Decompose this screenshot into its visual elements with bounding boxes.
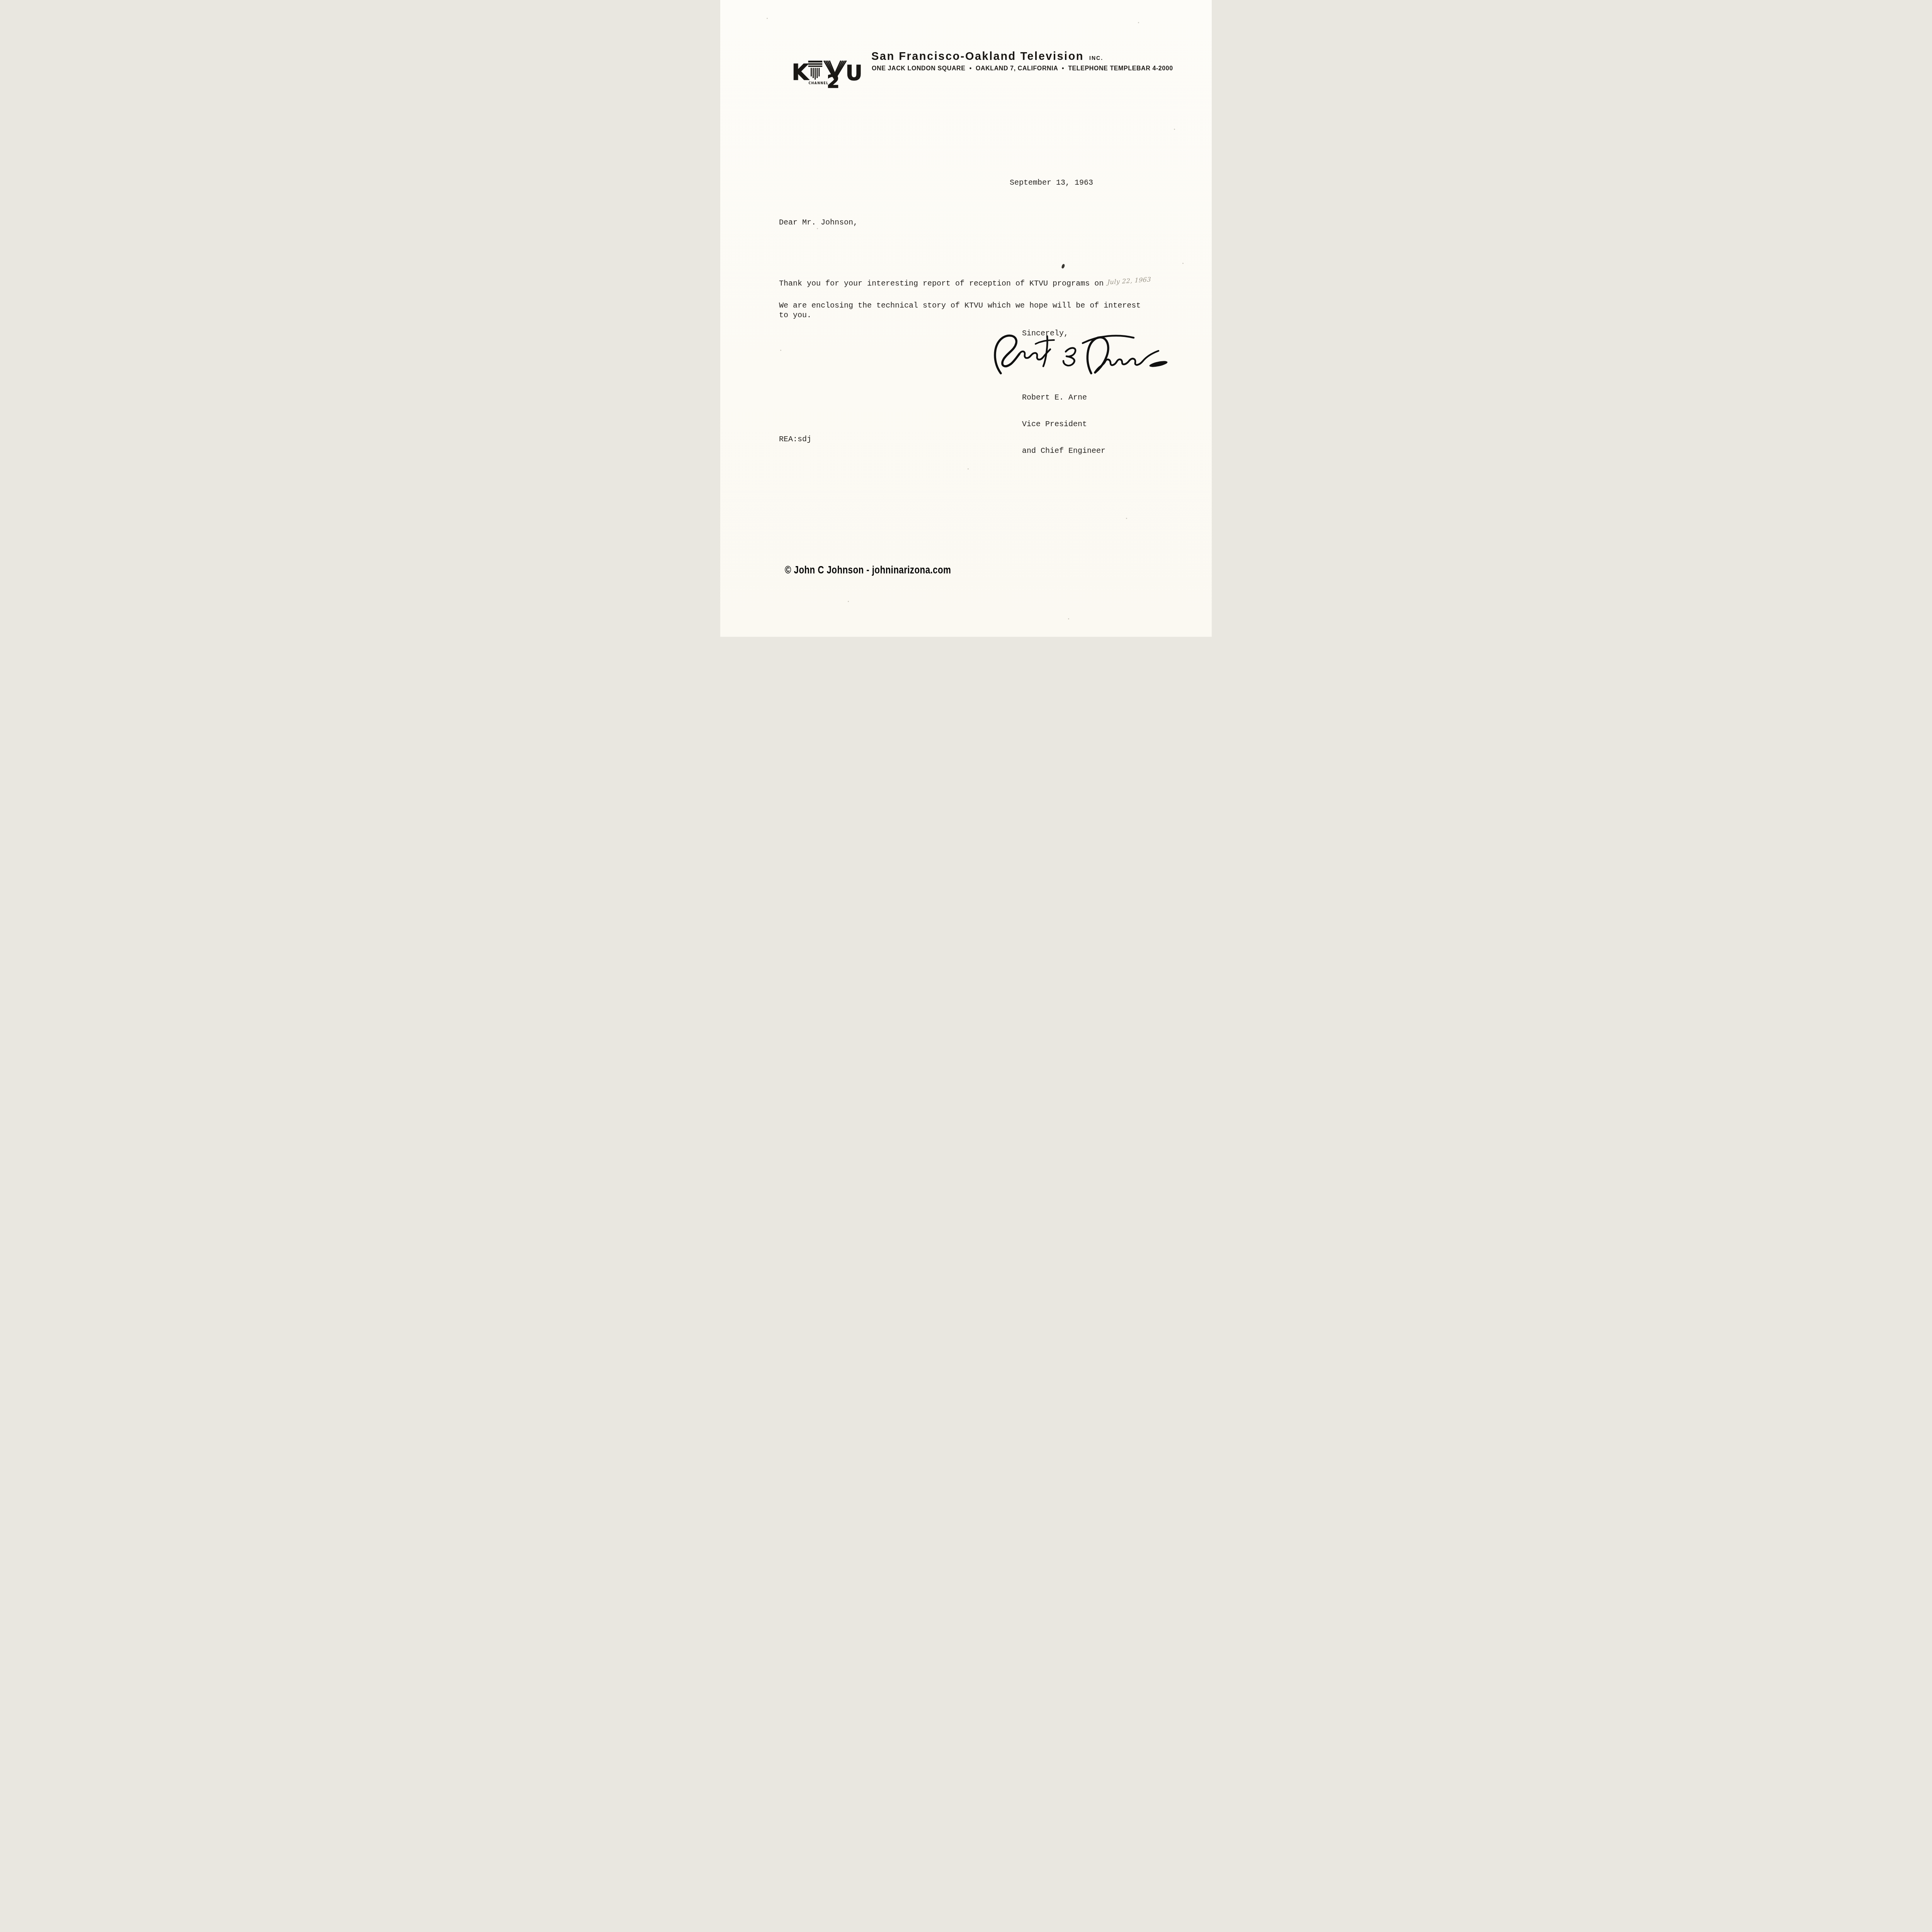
scan-speck [848, 601, 849, 602]
salutation: Dear Mr. Johnson, [779, 218, 858, 228]
logo-letter-k: K [792, 60, 810, 85]
letterhead-address: ONE JACK LONDON SQUARE • OAKLAND 7, CALI… [872, 65, 1173, 72]
signer-title-1: Vice President [1022, 420, 1105, 429]
signer-name: Robert E. Arne [1022, 393, 1105, 402]
ktvu-channel2-logo: K U [792, 54, 862, 89]
scan-speck [817, 228, 818, 229]
signer-title-2: and Chief Engineer [1022, 447, 1105, 456]
scan-speck [1138, 22, 1139, 23]
body-paragraph-2-line-1: We are enclosing the technical story of … [779, 301, 1141, 311]
logo-letter-u: U [845, 61, 862, 85]
letterhead: San Francisco-Oakland Television INC. [871, 50, 1103, 63]
scan-speck [968, 468, 969, 469]
scan-speck [1068, 618, 1069, 619]
reference-initials: REA:sdj [779, 435, 811, 444]
body-paragraph-1: Thank you for your interesting report of… [779, 279, 1104, 289]
scan-speck [1182, 263, 1184, 264]
signer-block: Robert E. Arne Vice President and Chief … [1022, 376, 1105, 473]
scan-speck [780, 350, 781, 351]
scan-speck [1126, 518, 1127, 519]
signature [990, 330, 1172, 377]
logo-channel-label: CHANNEL [808, 82, 828, 85]
scan-speck [767, 18, 768, 19]
handwritten-date-note: July 22, 1963 [1107, 276, 1151, 286]
logo-letter-t-stripes [808, 61, 823, 80]
company-name: San Francisco-Oakland Television [871, 50, 1084, 63]
letter-date: September 13, 1963 [1010, 178, 1093, 188]
logo-channel-number: 2 [827, 71, 840, 89]
letter-page: K U [720, 0, 1212, 637]
ink-smudge [1061, 264, 1065, 269]
body-paragraph-2-line-2: to you. [779, 311, 811, 320]
company-suffix: INC. [1089, 55, 1103, 61]
scan-speck [1174, 129, 1175, 130]
copyright-credit: © John C Johnson - johninarizona.com [785, 564, 951, 576]
